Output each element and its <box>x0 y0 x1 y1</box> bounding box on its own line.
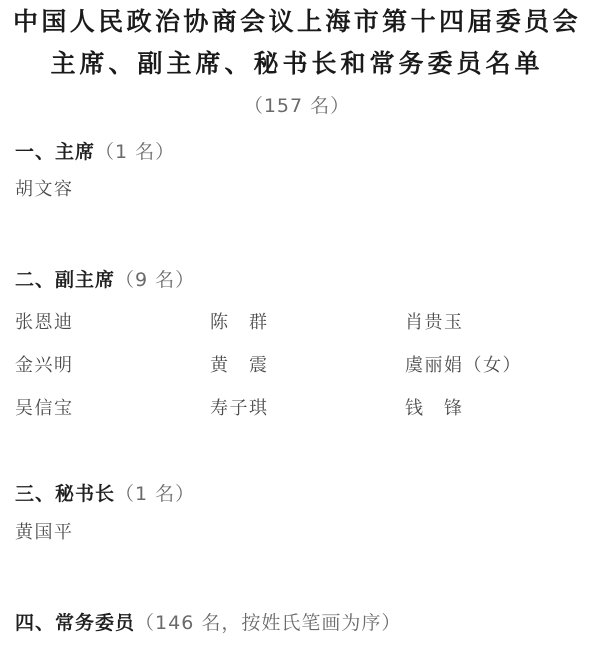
section-heading-secretary-general: 三、秘书长（1 名） <box>15 482 195 506</box>
section-count: （1 名） <box>115 483 195 505</box>
member-name: 肖贵玉 <box>405 311 464 335</box>
member-name: 虞丽娟（女） <box>405 354 522 378</box>
section-count: （146 名，按姓氏笔画为序） <box>135 612 401 634</box>
member-name: 陈 群 <box>210 311 269 335</box>
member-name: 金兴明 <box>15 354 74 378</box>
member-name: 胡文容 <box>15 178 74 202</box>
title-line-1: 中国人民政治协商会议上海市第十四届委员会 <box>0 8 594 36</box>
section-heading-vice-chairmen: 二、副主席（9 名） <box>15 268 195 292</box>
member-name: 张恩迪 <box>15 311 74 335</box>
section-title: 三、秘书长 <box>15 483 115 505</box>
member-name: 黄国平 <box>15 521 74 545</box>
title-line-2: 主席、副主席、秘书长和常务委员名单 <box>0 50 594 78</box>
section-title: 二、副主席 <box>15 269 115 291</box>
member-name: 黄 震 <box>210 354 269 378</box>
total-count: （157 名） <box>0 93 594 119</box>
member-name: 吴信宝 <box>15 397 74 421</box>
section-title: 四、常务委员 <box>15 612 135 634</box>
section-heading-standing-members: 四、常务委员（146 名，按姓氏笔画为序） <box>15 611 401 635</box>
member-name: 钱 锋 <box>405 397 464 421</box>
member-name: 寿子琪 <box>210 397 269 421</box>
section-count: （9 名） <box>115 269 195 291</box>
section-title: 一、主席 <box>15 141 95 163</box>
section-count: （1 名） <box>95 141 175 163</box>
section-heading-chairman: 一、主席（1 名） <box>15 140 175 164</box>
